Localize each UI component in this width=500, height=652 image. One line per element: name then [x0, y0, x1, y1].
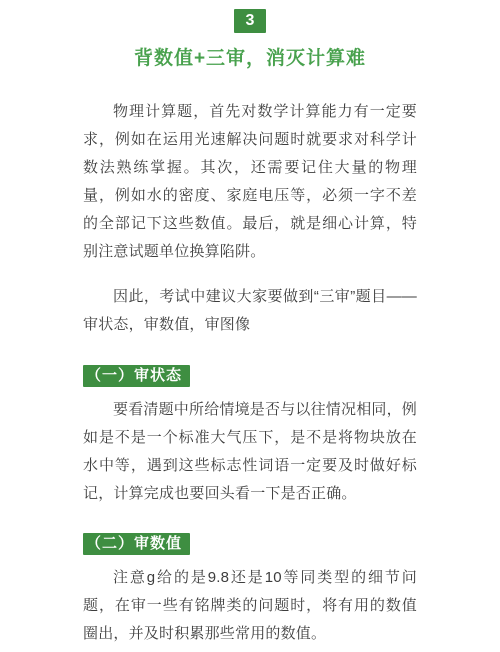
article-content: 物理计算题，首先对数学计算能力有一定要求，例如在运用光速解决问题时就要求对科学计…: [0, 98, 500, 648]
section-heading-badge: （一）审状态: [83, 365, 190, 387]
article-page: 3 背数值+三审，消灭计算难 物理计算题，首先对数学计算能力有一定要求，例如在运…: [0, 0, 500, 652]
section-review-state: （一）审状态 要看清题中所给情境是否与以往情况相同，例如是不是一个标准大气压下，…: [83, 365, 417, 508]
paragraph-intro: 物理计算题，首先对数学计算能力有一定要求，例如在运用光速解决问题时就要求对科学计…: [83, 98, 417, 266]
paragraph-advice: 因此，考试中建议大家要做到“三审”题目——审状态，审数值，审图像: [83, 283, 417, 339]
chapter-number-badge: 3: [234, 9, 266, 33]
article-title: 背数值+三审，消灭计算难: [0, 47, 500, 71]
section-heading-badge: （二）审数值: [83, 533, 190, 555]
section-review-values: （二）审数值 注意g给的是9.8还是10等同类型的细节问题，在审一些有铭牌类的问…: [83, 533, 417, 648]
section-body: 注意g给的是9.8还是10等同类型的细节问题，在审一些有铭牌类的问题时，将有用的…: [83, 564, 417, 648]
section-body: 要看清题中所给情境是否与以往情况相同，例如是不是一个标准大气压下，是不是将物块放…: [83, 396, 417, 508]
